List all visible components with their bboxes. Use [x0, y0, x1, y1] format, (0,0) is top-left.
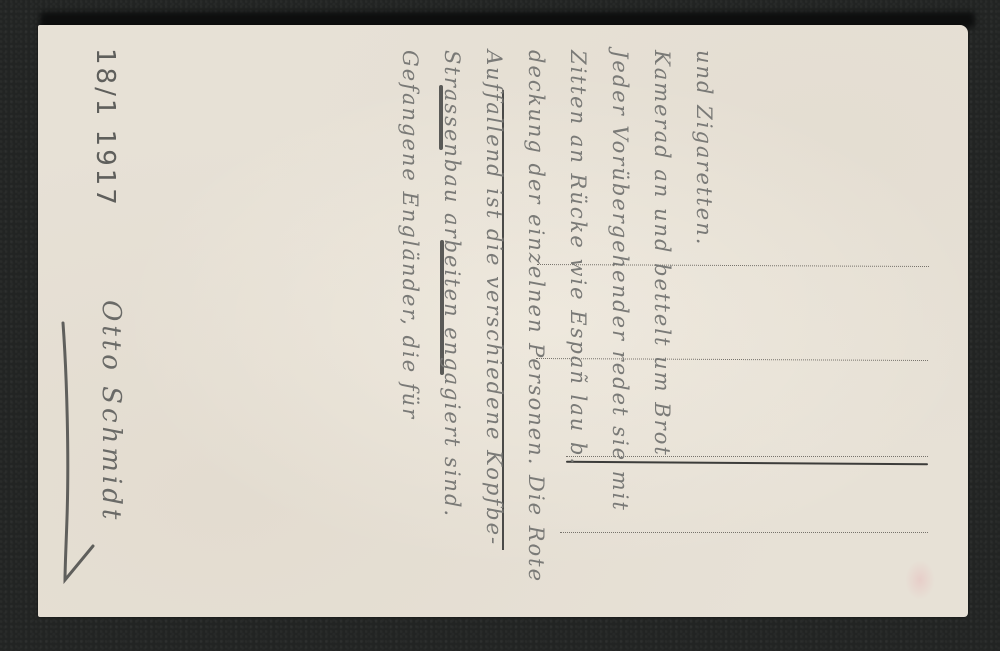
message-line: Jeder Vorübergehender redet sie mit: [608, 50, 632, 512]
message-line: Strassenbau arbeiten engagiert sind.: [440, 50, 464, 518]
message-line: Zitten an Rücke wie Españ lau b.: [566, 50, 590, 466]
message-line: und Zigaretten.: [692, 50, 716, 246]
message-line: Auffallend ist die verschiedene Kopfbe-: [482, 50, 506, 546]
handwritten-date: 18/1 1917: [90, 48, 120, 208]
message-line: Gefangene Engländer, die für: [398, 50, 422, 420]
pink-stain: [905, 560, 935, 600]
signature-flourish: [55, 318, 125, 588]
message-line: Kamerad an und bettelt um Brot: [650, 50, 674, 457]
message-line: deckung der einzelnen Personen. Die Rote: [524, 50, 548, 583]
handwritten-message: Gefangene Engländer, die für Strassenbau…: [392, 50, 752, 590]
